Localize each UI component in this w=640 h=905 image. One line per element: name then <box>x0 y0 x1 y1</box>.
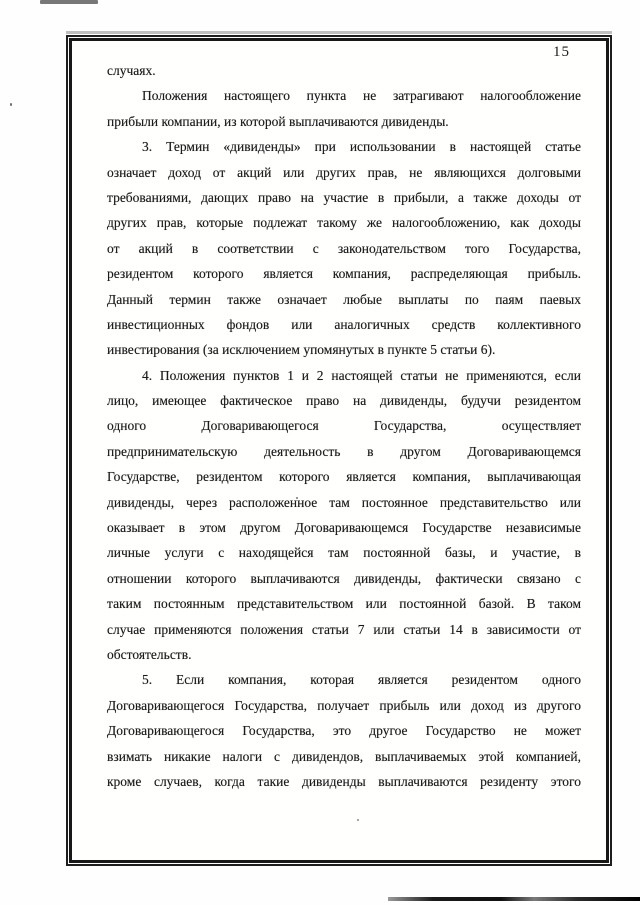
text-line: Положения настоящего пункта не затрагива… <box>107 83 581 108</box>
text-line: обстоятельств. <box>107 642 581 667</box>
text-line: отношении которого выплачиваются дивиден… <box>107 566 581 591</box>
paragraph: 5. Если компания, которая является резид… <box>107 667 581 794</box>
text-line: резидентом которого является компания, р… <box>107 261 581 286</box>
text-line: одного Договаривающегося Государства, ос… <box>107 413 581 438</box>
text-line: инвестирования (за исключением упомянуты… <box>107 337 581 362</box>
scan-artifact-top-smear <box>40 0 98 4</box>
text-line: других прав, которые подлежат такому же … <box>107 210 581 235</box>
text-line: 5. Если компания, которая является резид… <box>107 667 581 692</box>
page-border-frame: 15 случаях.Положения настоящего пункта н… <box>66 35 612 866</box>
text-line: прибыли компании, из которой выплачивают… <box>107 109 581 134</box>
text-line: от акций в соответствии с законодательст… <box>107 236 581 261</box>
text-line: дивиденды, через расположенное там посто… <box>107 490 581 515</box>
text-line: Договаривающегося Государства, это друго… <box>107 718 581 743</box>
text-line: личные услуги с находящейся там постоянн… <box>107 540 581 565</box>
text-block: случаях.Положения настоящего пункта не з… <box>107 58 581 794</box>
text-line: инвестиционных фондов или аналогичных ср… <box>107 312 581 337</box>
scan-artifact-bottom-line <box>388 897 640 901</box>
text-line: случае применяются положения статьи 7 ил… <box>107 617 581 642</box>
text-line: требованиями, дающих право на участие в … <box>107 185 581 210</box>
paragraph: Положения настоящего пункта не затрагива… <box>107 83 581 134</box>
scan-speck <box>357 819 359 821</box>
text-line: случаях. <box>107 58 581 83</box>
text-line: Договаривающегося Государства, получает … <box>107 693 581 718</box>
text-line: предпринимательскую деятельность в друго… <box>107 439 581 464</box>
text-line: таким постоянным представительством или … <box>107 591 581 616</box>
text-line: означает доход от акций или других прав,… <box>107 160 581 185</box>
text-line: лицо, имеющее фактическое право на дивид… <box>107 388 581 413</box>
scanned-page: 15 случаях.Положения настоящего пункта н… <box>0 0 640 905</box>
text-line: Государстве, резидентом которого являетс… <box>107 464 581 489</box>
text-line: взимать никакие налоги с дивидендов, вып… <box>107 744 581 769</box>
scan-speck <box>10 103 12 106</box>
text-line: кроме случаев, когда такие дивиденды вып… <box>107 769 581 794</box>
scan-speck <box>296 497 298 499</box>
text-line: 4. Положения пунктов 1 и 2 настоящей ста… <box>107 363 581 388</box>
paragraph: 4. Положения пунктов 1 и 2 настоящей ста… <box>107 363 581 668</box>
text-line: 3. Термин «дивиденды» при использовании … <box>107 134 581 159</box>
paragraph: 3. Термин «дивиденды» при использовании … <box>107 134 581 363</box>
paragraph: случаях. <box>107 58 581 83</box>
text-line: оказывает в этом другом Договаривающемся… <box>107 515 581 540</box>
text-line: Данный термин также означает любые выпла… <box>107 287 581 312</box>
